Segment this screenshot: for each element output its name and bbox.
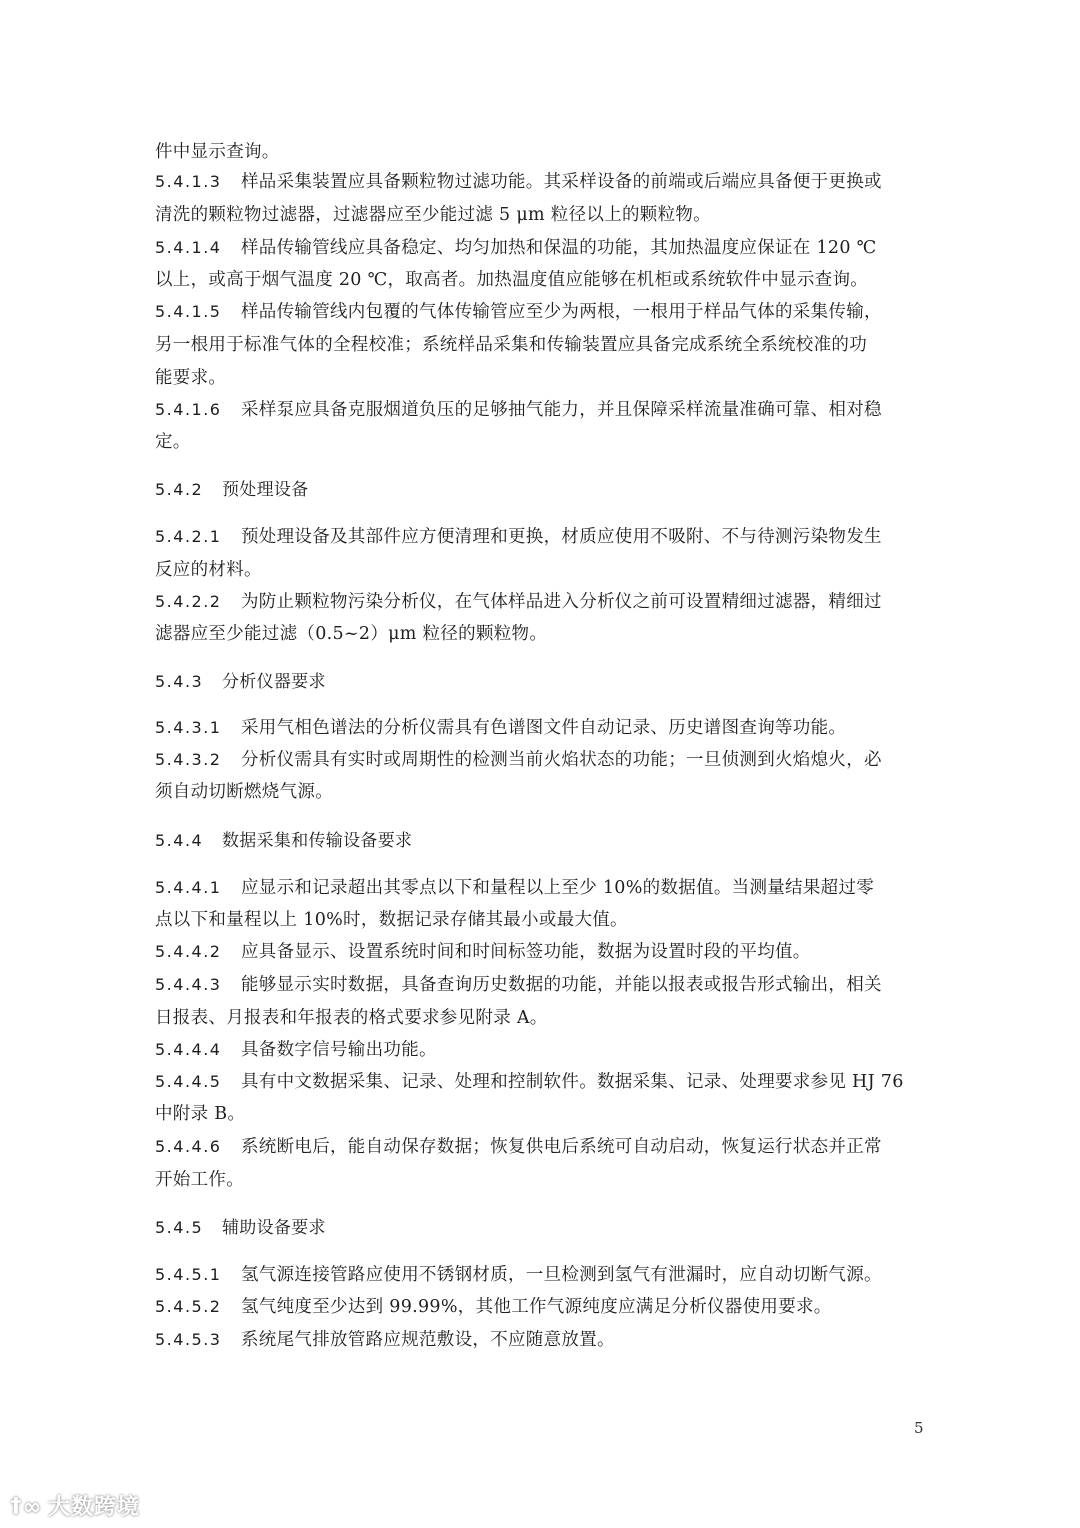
page-number: 5 <box>914 1419 924 1437</box>
clause-text: 能要求。 <box>155 368 226 388</box>
clause-5-4-4-3: 5.4.4.3能够显示实时数据，具备查询历史数据的功能，并能以报表或报告形式输出… <box>155 973 920 997</box>
paragraph-line: 中附录 B。 <box>155 1102 920 1126</box>
clause-number: 5.4.1.6 <box>155 398 241 422</box>
clause-text: 中附录 B。 <box>155 1104 245 1124</box>
clause-number: 5.4.5.2 <box>155 1295 241 1319</box>
clause-text: 应具备显示、设置系统时间和时间标签功能，数据为设置时段的平均值。 <box>241 942 811 962</box>
clause-text: 点以下和量程以上 10%时，数据记录存储其最小或最大值。 <box>155 910 628 930</box>
clause-number: 5.4.2.2 <box>155 590 241 614</box>
section-heading-5-4-2: 5.4.2预处理设备 <box>155 478 920 502</box>
section-title: 辅助设备要求 <box>222 1218 326 1238</box>
clause-number: 5.4.3.1 <box>155 716 241 740</box>
clause-text: 系统断电后，能自动保存数据；恢复供电后系统可自动启动，恢复运行状态并正常 <box>241 1137 882 1157</box>
clause-text: 滤器应至少能过滤（0.5~2）μm 粒径的颗粒物。 <box>155 624 547 644</box>
clause-number: 5.4.2.1 <box>155 525 241 549</box>
clause-5-4-4-1: 5.4.4.1应显示和记录超出其零点以下和量程以上至少 10%的数据值。当测量结… <box>155 876 920 900</box>
clause-number: 5.4.4.5 <box>155 1070 241 1094</box>
clause-number: 5.4.1.4 <box>155 236 241 260</box>
clause-text: 具备数字信号输出功能。 <box>241 1040 437 1060</box>
clause-5-4-4-2: 5.4.4.2应具备显示、设置系统时间和时间标签功能，数据为设置时段的平均值。 <box>155 940 920 964</box>
paragraph-line: 定。 <box>155 430 920 454</box>
clause-number: 5.4.4.4 <box>155 1038 241 1062</box>
section-title: 预处理设备 <box>222 480 309 500</box>
section-number: 5.4.3 <box>155 670 222 694</box>
paragraph-line: 滤器应至少能过滤（0.5~2）μm 粒径的颗粒物。 <box>155 622 920 646</box>
document-page: 件中显示查询。 5.4.1.3样品采集装置应具备颗粒物过滤功能。其采样设备的前端… <box>0 0 1080 1528</box>
section-number: 5.4.4 <box>155 829 222 853</box>
section-title: 数据采集和传输设备要求 <box>222 831 412 851</box>
paragraph-line: 开始工作。 <box>155 1168 920 1192</box>
clause-5-4-5-2: 5.4.5.2氢气纯度至少达到 99.99%，其他工作气源纯度应满足分析仪器使用… <box>155 1295 920 1319</box>
clause-text: 采样泵应具备克服烟道负压的足够抽气能力，并且保障采样流量准确可靠、相对稳 <box>241 400 882 420</box>
clause-number: 5.4.4.2 <box>155 940 241 964</box>
clause-5-4-1-3: 5.4.1.3样品采集装置应具备颗粒物过滤功能。其采样设备的前端或后端应具备便于… <box>155 170 920 194</box>
clause-5-4-4-5: 5.4.4.5具有中文数据采集、记录、处理和控制软件。数据采集、记录、处理要求参… <box>155 1070 920 1094</box>
clause-text: 应显示和记录超出其零点以下和量程以上至少 10%的数据值。当测量结果超过零 <box>241 878 874 898</box>
clause-5-4-5-3: 5.4.5.3系统尾气排放管路应规范敷设，不应随意放置。 <box>155 1328 920 1352</box>
paragraph-line: 以上，或高于烟气温度 20 ℃，取高者。加热温度值应能够在机柜或系统软件中显示查… <box>155 268 920 292</box>
clause-5-4-2-2: 5.4.2.2为防止颗粒物污染分析仪，在气体样品进入分析仪之前可设置精细过滤器，… <box>155 590 920 614</box>
clause-text: 为防止颗粒物污染分析仪，在气体样品进入分析仪之前可设置精细过滤器，精细过 <box>241 592 882 612</box>
section-number: 5.4.5 <box>155 1216 222 1240</box>
paragraph-line: 反应的材料。 <box>155 558 920 582</box>
clause-text: 开始工作。 <box>155 1170 244 1190</box>
paragraph-line: 能要求。 <box>155 366 920 390</box>
clause-text: 氢气纯度至少达到 99.99%，其他工作气源纯度应满足分析仪器使用要求。 <box>241 1297 832 1317</box>
clause-5-4-4-4: 5.4.4.4具备数字信号输出功能。 <box>155 1038 920 1062</box>
clause-5-4-1-6: 5.4.1.6采样泵应具备克服烟道负压的足够抽气能力，并且保障采样流量准确可靠、… <box>155 398 920 422</box>
clause-text: 能够显示实时数据，具备查询历史数据的功能，并能以报表或报告形式输出，相关 <box>241 975 882 995</box>
paragraph-line: 件中显示查询。 <box>155 140 920 164</box>
clause-text: 以上，或高于烟气温度 20 ℃，取高者。加热温度值应能够在机柜或系统软件中显示查… <box>155 270 868 290</box>
clause-number: 5.4.3.2 <box>155 748 241 772</box>
clause-5-4-2-1: 5.4.2.1预处理设备及其部件应方便清理和更换，材质应使用不吸附、不与待测污染… <box>155 525 920 549</box>
section-heading-5-4-4: 5.4.4数据采集和传输设备要求 <box>155 829 920 853</box>
clause-text: 分析仪需具有实时或周期性的检测当前火焰状态的功能；一旦侦测到火焰熄火，必 <box>241 750 882 770</box>
clause-text: 样品采集装置应具备颗粒物过滤功能。其采样设备的前端或后端应具备便于更换或 <box>241 172 882 192</box>
clause-number: 5.4.4.6 <box>155 1135 241 1159</box>
clause-5-4-5-1: 5.4.5.1氢气源连接管路应使用不锈钢材质，一旦检测到氢气有泄漏时，应自动切断… <box>155 1263 920 1287</box>
clause-number: 5.4.5.1 <box>155 1263 241 1287</box>
clause-text: 采用气相色谱法的分析仪需具有色谱图文件自动记录、历史谱图查询等功能。 <box>241 718 846 738</box>
paragraph-line: 日报表、月报表和年报表的格式要求参见附录 A。 <box>155 1006 920 1030</box>
clause-text: 件中显示查询。 <box>155 142 280 162</box>
clause-5-4-3-1: 5.4.3.1采用气相色谱法的分析仪需具有色谱图文件自动记录、历史谱图查询等功能… <box>155 716 920 740</box>
section-heading-5-4-5: 5.4.5辅助设备要求 <box>155 1216 920 1240</box>
clause-number: 5.4.1.3 <box>155 170 241 194</box>
paragraph-line: 清洗的颗粒物过滤器，过滤器应至少能过滤 5 μm 粒径以上的颗粒物。 <box>155 203 920 227</box>
section-heading-5-4-3: 5.4.3分析仪器要求 <box>155 670 920 694</box>
paragraph-line: 点以下和量程以上 10%时，数据记录存储其最小或最大值。 <box>155 908 920 932</box>
section-title: 分析仪器要求 <box>222 672 326 692</box>
clause-text: 样品传输管线应具备稳定、均匀加热和保温的功能，其加热温度应保证在 120 ℃ <box>241 238 877 258</box>
clause-text: 反应的材料。 <box>155 560 262 580</box>
section-number: 5.4.2 <box>155 478 222 502</box>
clause-number: 5.4.4.1 <box>155 876 241 900</box>
clause-5-4-4-6: 5.4.4.6系统断电后，能自动保存数据；恢复供电后系统可自动启动，恢复运行状态… <box>155 1135 920 1159</box>
clause-text: 定。 <box>155 432 191 452</box>
clause-number: 5.4.1.5 <box>155 300 241 324</box>
clause-text: 系统尾气排放管路应规范敷设，不应随意放置。 <box>241 1330 615 1350</box>
clause-text: 预处理设备及其部件应方便清理和更换，材质应使用不吸附、不与待测污染物发生 <box>241 527 882 547</box>
clause-5-4-1-5: 5.4.1.5样品传输管线内包覆的气体传输管应至少为两根，一根用于样品气体的采集… <box>155 300 920 324</box>
clause-number: 5.4.5.3 <box>155 1328 241 1352</box>
watermark-text: 大数跨境 <box>48 1495 140 1520</box>
clause-text: 清洗的颗粒物过滤器，过滤器应至少能过滤 5 μm 粒径以上的颗粒物。 <box>155 205 711 225</box>
clause-5-4-3-2: 5.4.3.2分析仪需具有实时或周期性的检测当前火焰状态的功能；一旦侦测到火焰熄… <box>155 748 920 772</box>
clause-text: 须自动切断燃烧气源。 <box>155 782 333 802</box>
brand-logo-icon: ꝉ∞ <box>10 1495 42 1520</box>
clause-text: 氢气源连接管路应使用不锈钢材质，一旦检测到氢气有泄漏时，应自动切断气源。 <box>241 1265 882 1285</box>
clause-text: 样品传输管线内包覆的气体传输管应至少为两根，一根用于样品气体的采集传输， <box>241 302 882 322</box>
clause-text: 具有中文数据采集、记录、处理和控制软件。数据采集、记录、处理要求参见 HJ 76 <box>241 1072 904 1092</box>
clause-number: 5.4.4.3 <box>155 973 241 997</box>
watermark: ꝉ∞大数跨境 <box>10 1490 140 1521</box>
clause-text: 日报表、月报表和年报表的格式要求参见附录 A。 <box>155 1008 548 1028</box>
paragraph-line: 须自动切断燃烧气源。 <box>155 780 920 804</box>
clause-text: 另一根用于标准气体的全程校准；系统样品采集和传输装置应具备完成系统全系统校准的功 <box>155 335 867 355</box>
clause-5-4-1-4: 5.4.1.4样品传输管线应具备稳定、均匀加热和保温的功能，其加热温度应保证在 … <box>155 236 920 260</box>
paragraph-line: 另一根用于标准气体的全程校准；系统样品采集和传输装置应具备完成系统全系统校准的功 <box>155 333 920 357</box>
